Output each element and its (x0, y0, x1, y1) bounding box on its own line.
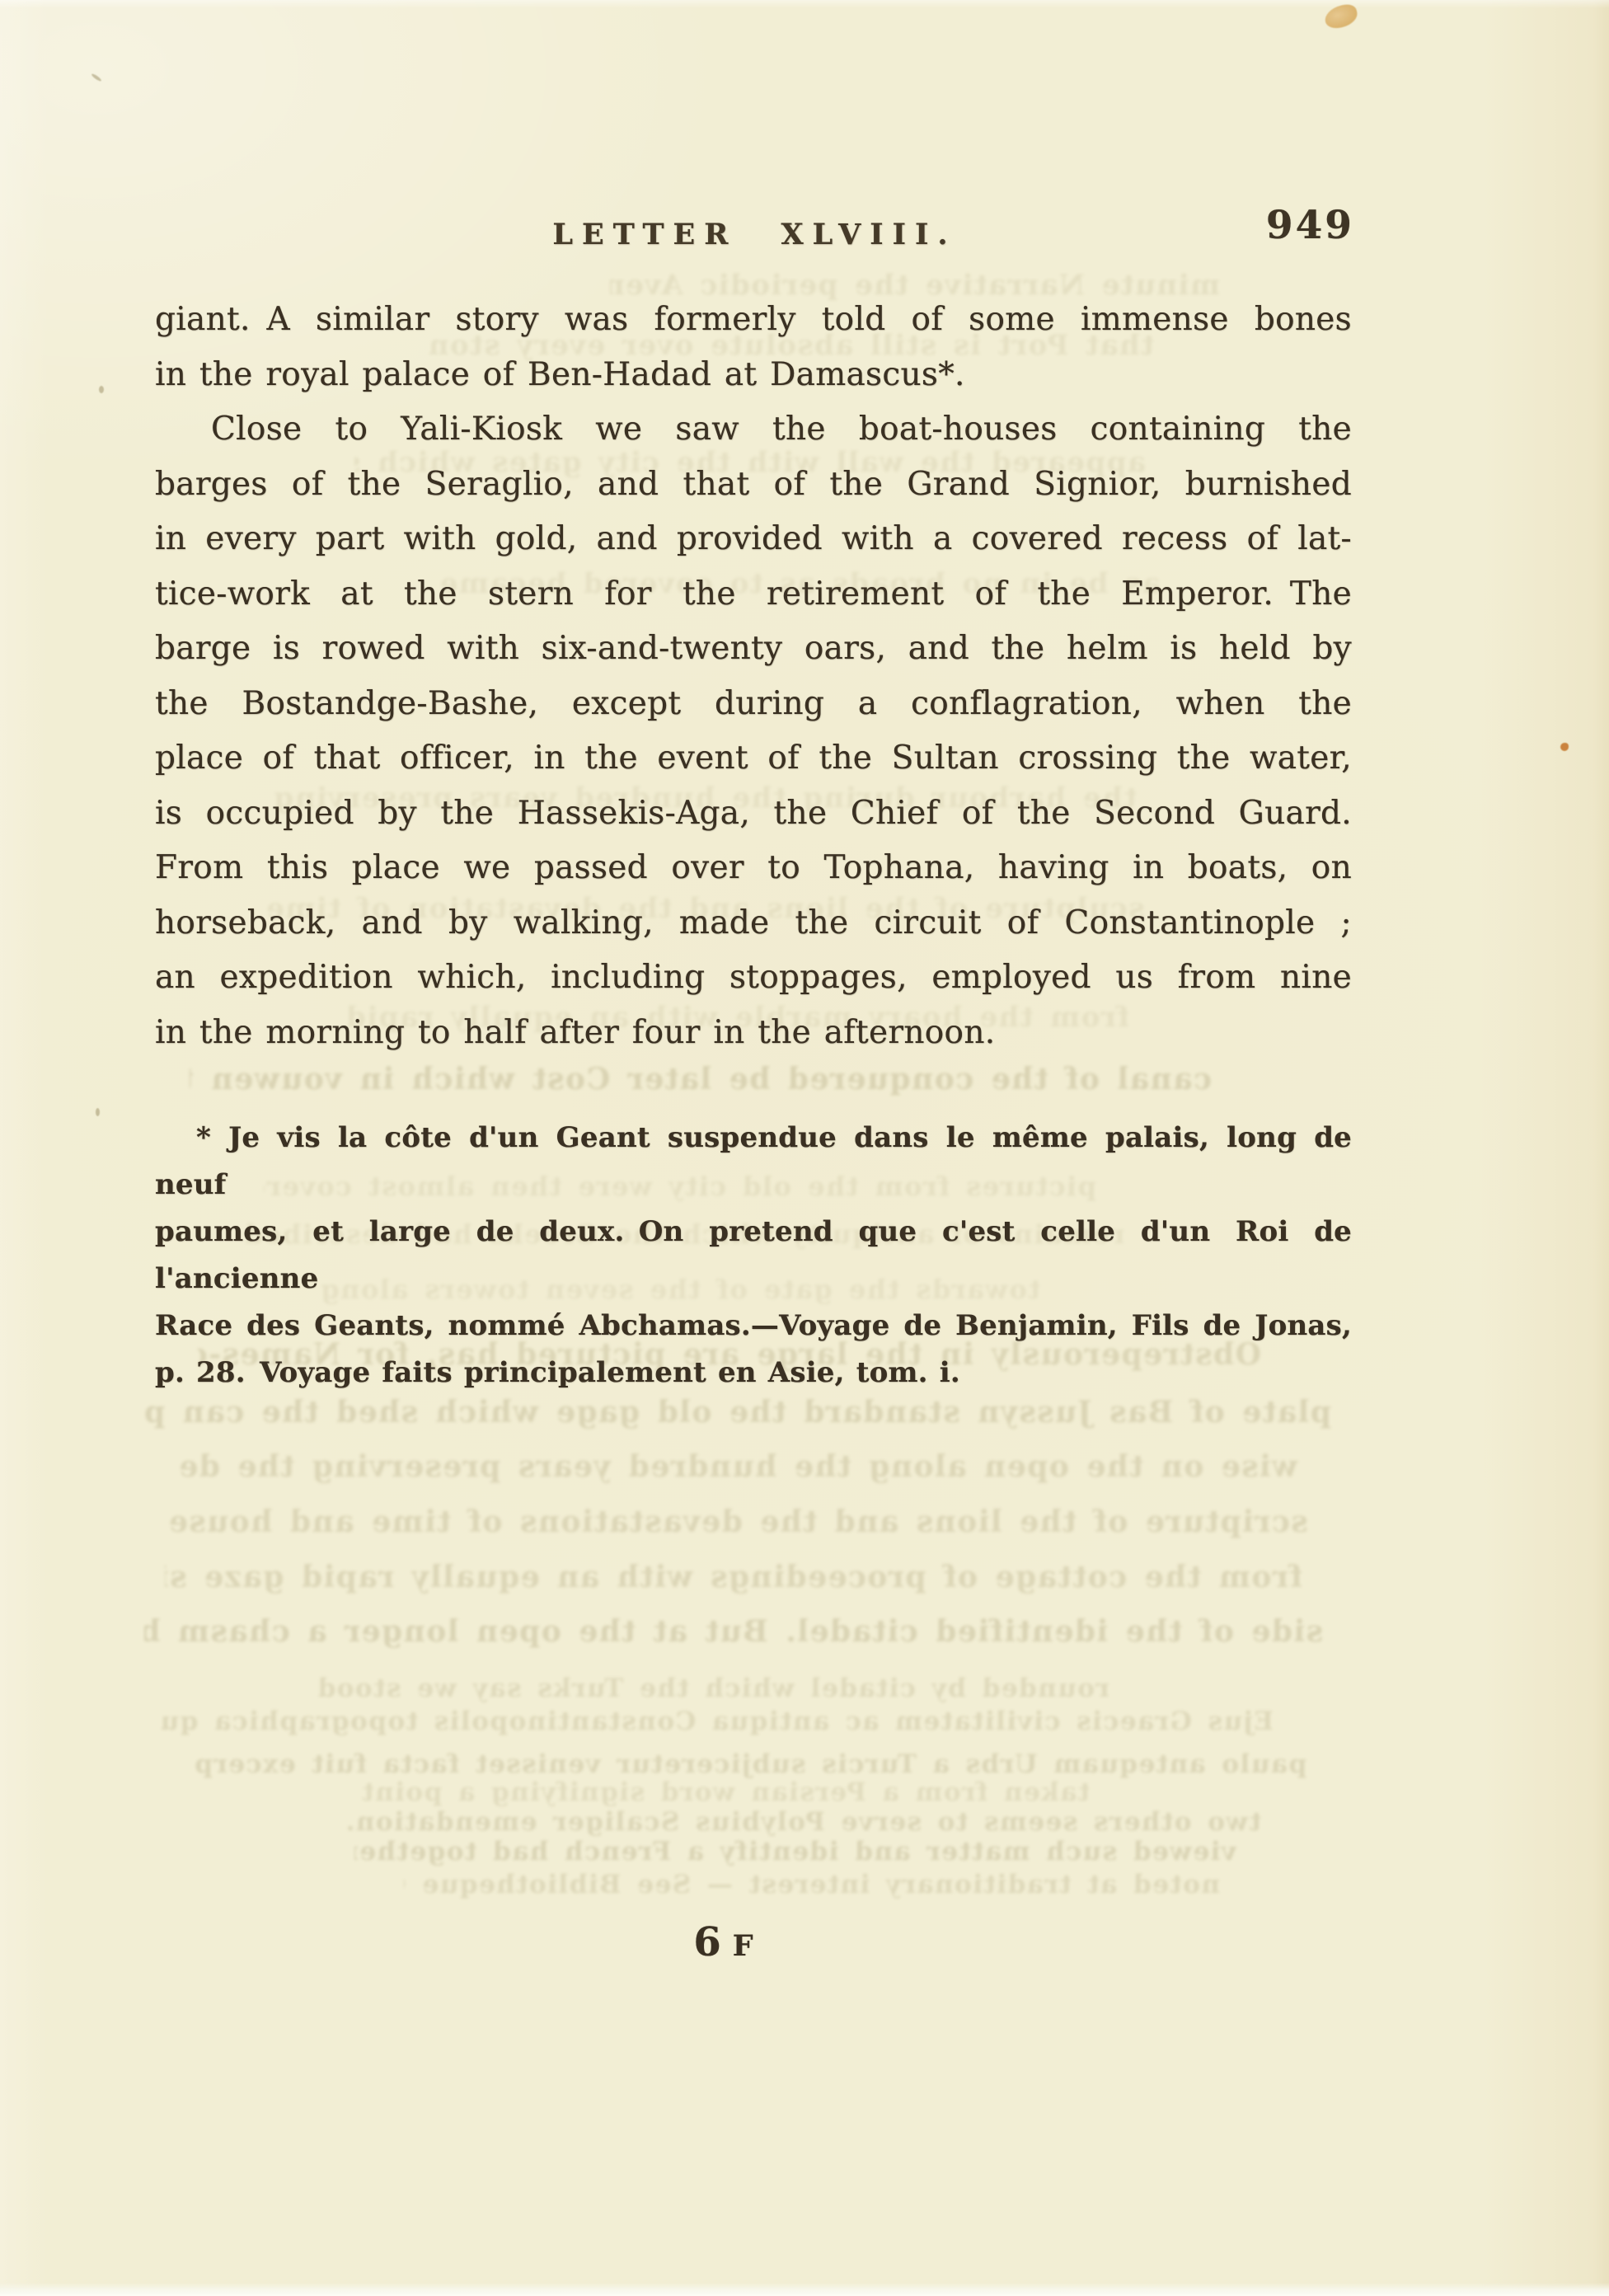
text-line: place of that officer, in the event of t… (155, 731, 1352, 786)
paper-speck (91, 73, 102, 82)
paper-speck (96, 1108, 100, 1116)
bleedthrough-line: wise on the open along the hundred years… (165, 1449, 1311, 1484)
footnote-line: Race des Geants, nommé Abchamas.—Voyage … (155, 1303, 1352, 1350)
text-line: giant. A similar story was formerly told… (155, 293, 1352, 348)
paper-speck (99, 386, 104, 393)
bleedthrough-line: side of the identified citadel. But at t… (144, 1614, 1323, 1649)
bleedthrough-line: taken from a Persian word signifying a p… (247, 1777, 1203, 1807)
body-text: giant. A similar story was formerly told… (155, 293, 1352, 1060)
bleedthrough-line: two others seems to serve Polybius Scali… (346, 1807, 1261, 1837)
bleedthrough-line: from the cottage of proceedings with an … (165, 1560, 1302, 1594)
footnote-line: * Je vis la côte d'un Geant suspendue da… (155, 1115, 1352, 1209)
signature-letter: F (733, 1929, 754, 1963)
paper-fleck (1560, 743, 1569, 751)
text-line: is occupied by the Hassekis-Aga, the Chi… (155, 786, 1352, 842)
printers-signature: 6F (155, 1919, 1292, 1965)
text-line: in the royal palace of Ben-Hadad at Dama… (155, 348, 1352, 403)
footnote-line: p. 28. Voyage faits principalement en As… (155, 1350, 1352, 1397)
text-line: the Bostandge-Bashe, except during a con… (155, 677, 1352, 732)
text-line: tice-work at the stern for the retiremen… (155, 567, 1352, 622)
paper-stain (1322, 2, 1359, 31)
bleedthrough-line: plate of Bas Jussyn standard the old gag… (144, 1395, 1331, 1430)
text-line: in the morning to half after four in the… (155, 1006, 1352, 1061)
bleedthrough-line: scripture of the lions and the devastati… (152, 1505, 1323, 1539)
text-line: in every part with gold, and provided wi… (155, 512, 1352, 567)
book-page: minute Narrative the periodic Avenue as … (0, 0, 1609, 2296)
text-line: barge is rowed with six-and-twenty oars,… (155, 622, 1352, 677)
text-line: horseback, and by walking, made the circ… (155, 896, 1352, 951)
footnote: * Je vis la côte d'un Geant suspendue da… (155, 1115, 1352, 1397)
text-line: an expedition which, including stoppages… (155, 951, 1352, 1006)
bleedthrough-line: rounded by citadel which the Turks say w… (264, 1674, 1162, 1703)
bleedthrough-line: paulo antequam Urbs a Turcis subjiceretu… (136, 1749, 1364, 1779)
text-line: Close to Yali-Kiosk we saw the boat-hous… (155, 402, 1352, 458)
bleedthrough-line: noted at traditionary interest — See Bib… (404, 1870, 1220, 1899)
text-line: barges of the Seraglio, and that of the … (155, 458, 1352, 513)
footnote-line: paumes, et large de deux. On pretend que… (155, 1209, 1352, 1303)
text-line: From this place we passed over to Tophan… (155, 841, 1352, 896)
signature-number: 6 (693, 1919, 720, 1965)
bleedthrough-line: canal of the conquered be later Cost whi… (190, 1062, 1212, 1096)
bleedthrough-line: Ejus Graecis civilitatem ac antiqua Cons… (161, 1707, 1274, 1736)
page-number: 949 (155, 203, 1354, 248)
bleedthrough-line: viewed such matter and identify a French… (354, 1837, 1236, 1866)
